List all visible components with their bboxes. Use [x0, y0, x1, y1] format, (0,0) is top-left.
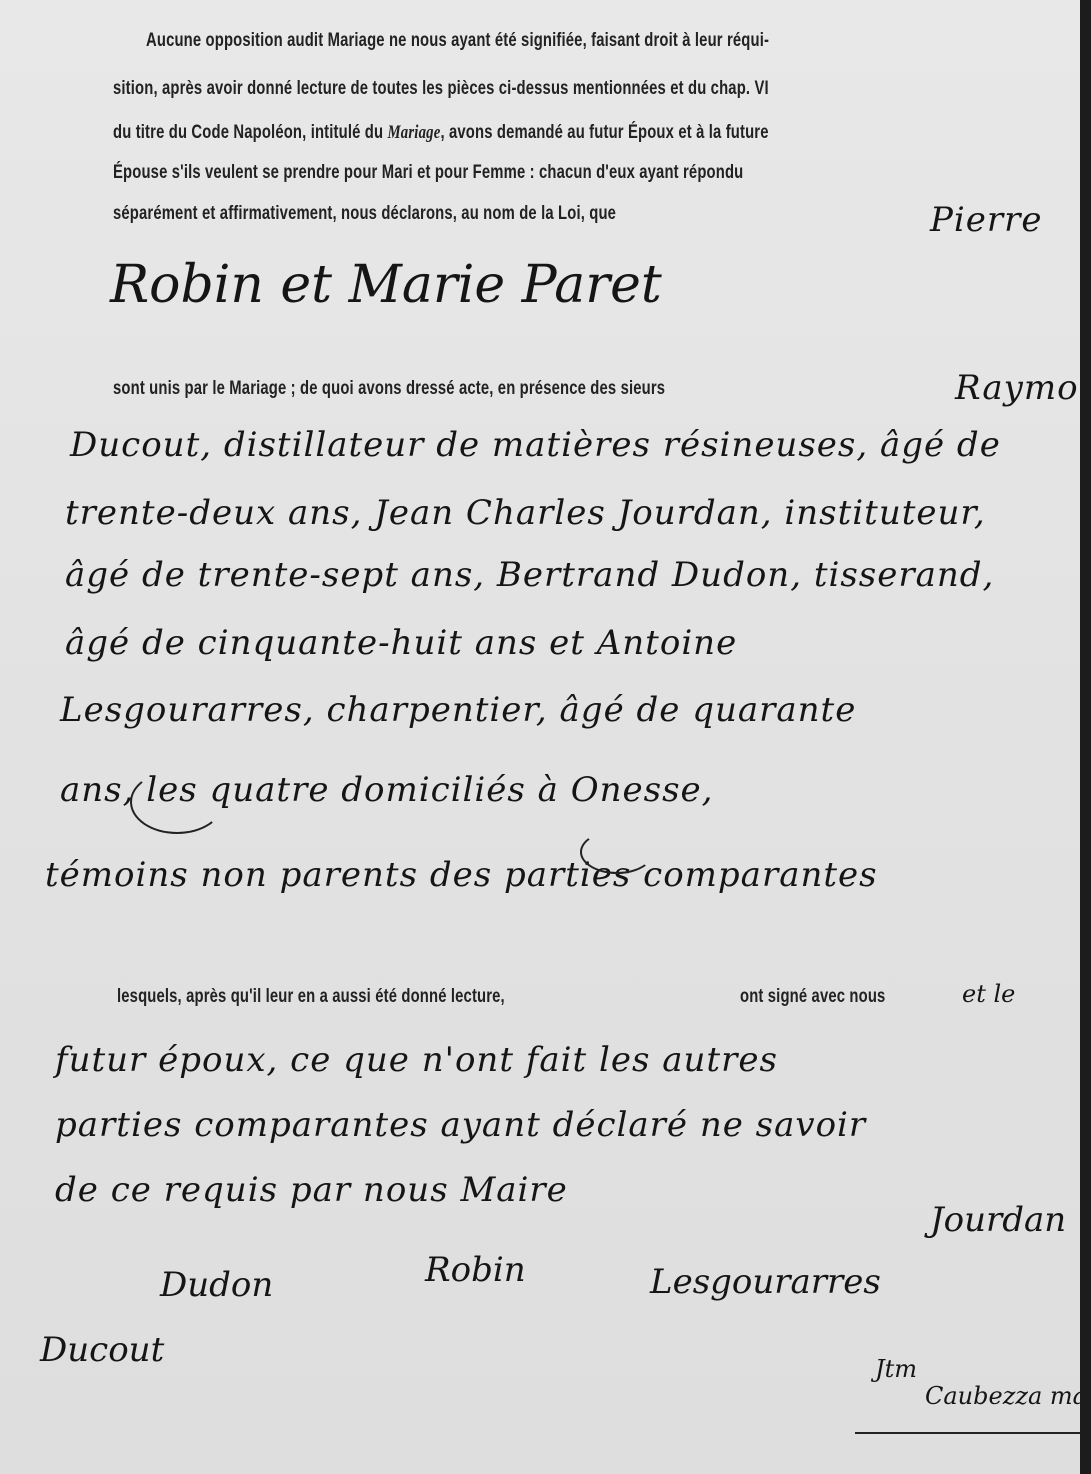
signature-jourdan: Jourdan: [930, 1200, 1066, 1240]
flourish-decoration: [130, 770, 224, 834]
handwritten-line-witness-4: âgé de cinquante-huit ans et Antoine: [65, 623, 737, 663]
printed-line-4: Épouse s'ils veulent se prendre pour Mar…: [113, 162, 743, 184]
document-page: Aucune opposition audit Mariage ne nous …: [0, 0, 1080, 1474]
handwritten-line-witness-2: trente-deux ans, Jean Charles Jourdan, i…: [65, 493, 986, 533]
signature-ducout: Ducout: [40, 1330, 164, 1370]
signature-underline: [855, 1432, 1085, 1434]
handwritten-line-nonsigners: parties comparantes ayant déclaré ne sav…: [55, 1105, 866, 1145]
signature-lesgourarres: Lesgourarres: [650, 1262, 881, 1302]
printed-line-3-italic: Mariage: [387, 122, 440, 143]
printed-line-7-a: lesquels, après qu'il leur en a aussi ét…: [117, 986, 505, 1008]
handwritten-couple-names: Robin et Marie Paret: [110, 255, 662, 315]
printed-line-2: sition, après avoir donné lecture de tou…: [113, 78, 769, 100]
handwritten-line-signers: futur époux, ce que n'ont fait les autre…: [55, 1040, 778, 1080]
handwritten-et-le: et le: [962, 980, 1015, 1008]
printed-line-3-a: du titre du Code Napoléon, intitulé du: [113, 122, 387, 143]
handwritten-line-witness-1: Ducout, distillateur de matières résineu…: [70, 425, 1001, 465]
signature-dudon: Dudon: [160, 1265, 273, 1305]
printed-line-7-b: ont signé avec nous: [740, 986, 885, 1008]
handwritten-line-requis: de ce requis par nous Maire: [55, 1170, 568, 1210]
handwritten-line-witness-4b: Lesgourarres, charpentier, âgé de quaran…: [60, 690, 856, 730]
printed-line-6: sont unis par le Mariage ; de quoi avons…: [113, 378, 665, 400]
handwritten-line-witness-3: âgé de trente-sept ans, Bertrand Dudon, …: [65, 555, 994, 595]
handwritten-line-witnesses-status: témoins non parents des parties comparan…: [45, 855, 878, 895]
printed-line-3-b: , avons demandé au futur Époux et à la f…: [440, 122, 768, 143]
page-edge: [1080, 0, 1091, 1474]
signature-mayor: Caubezza maire: [925, 1382, 1091, 1410]
handwritten-groom-firstname: Pierre: [930, 200, 1043, 240]
flourish-decoration: [580, 830, 654, 874]
signature-mayor-prefix: Jtm: [875, 1355, 917, 1383]
printed-line-5: séparément et affirmativement, nous décl…: [113, 203, 616, 225]
signature-robin: Robin: [425, 1250, 526, 1290]
printed-line-3: du titre du Code Napoléon, intitulé du M…: [113, 122, 769, 144]
printed-line-1: Aucune opposition audit Mariage ne nous …: [146, 30, 769, 52]
handwritten-witness-1-firstname: Raymond: [955, 368, 1091, 408]
